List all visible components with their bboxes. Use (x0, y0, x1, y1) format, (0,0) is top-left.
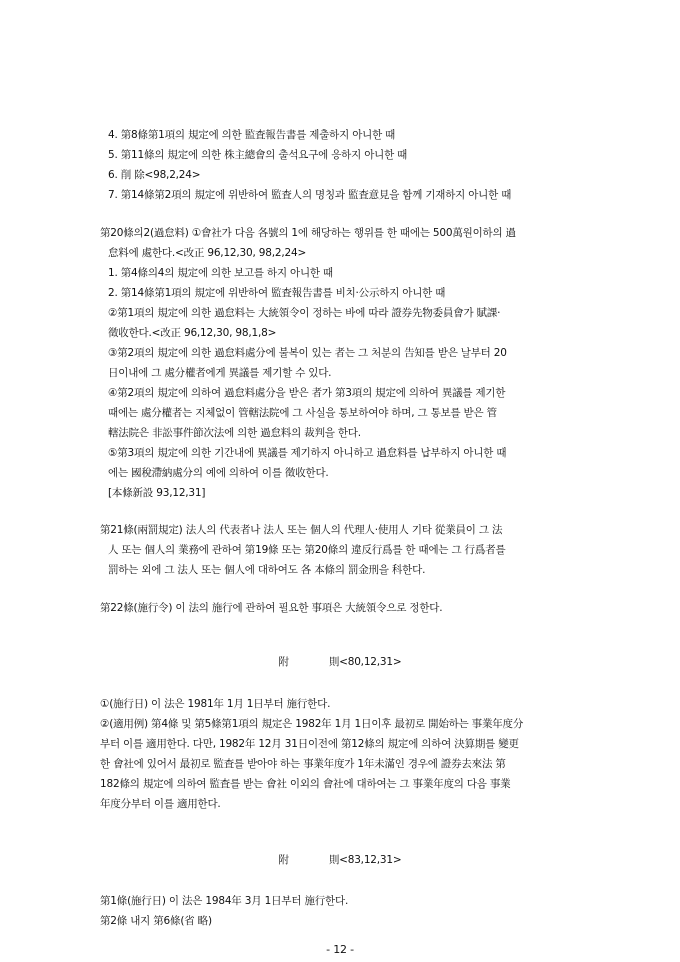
article-21-heading: 第21條(兩罰規定) 法人의 代表者나 法人 또는 個人의 代理人·使用人 기타… (100, 523, 502, 537)
addenda-1-para-2: ②(適用例) 第4條 및 第5條第1項의 規定은 1982年 1月 1日이후 最… (100, 717, 523, 731)
article-20-2-para-2: ②第1項의 規定에 의한 過怠料는 大統領令이 정하는 바에 따라 證券先物委員… (108, 306, 500, 320)
article-20-2-para-4-cont: 때에는 處分權者는 지체없이 管轄法院에 그 사실을 통보하여야 하며, 그 통… (108, 406, 497, 420)
article-21-line: 人 또는 個人의 業務에 관하여 第19條 또는 第20條의 違反行爲를 한 때… (108, 543, 505, 557)
item-5: 5. 第11條의 規定에 의한 株主總會의 출석요구에 응하지 아니한 때 (108, 148, 407, 162)
addenda-2-article-2-6: 第2條 내지 第6條(省 略) (100, 914, 212, 928)
article-20-2-para-2-cont: 徵收한다.<改正 96,12,30, 98,1,8> (108, 326, 276, 340)
addenda-title-b: 則<83,12,31> (329, 854, 402, 866)
article-20-2-item-1: 1. 第4條의4의 規定에 의한 보고를 하지 아니한 때 (108, 266, 333, 280)
addenda-1-title: 附則<80,12,31> (0, 655, 680, 669)
article-20-2-para-5-cont: 에는 國稅滯納處分의 예에 의하여 이를 徵收한다. (108, 466, 329, 480)
addenda-1-para-2-cont: 182條의 規定에 의하여 監査를 받는 會社 이외의 會社에 대하여는 그 事… (100, 777, 510, 791)
article-20-2-para-4-cont: 轄法院은 非訟事件節次法에 의한 過怠料의 裁判을 한다. (108, 426, 361, 440)
article-20-2-heading: 第20條의2(過怠料) ①會社가 다음 各號의 1에 해당하는 행위를 한 때에… (100, 226, 516, 240)
article-20-2-para-3-cont: 日이내에 그 處分權者에게 異議를 제기할 수 있다. (108, 366, 331, 380)
addenda-title-a: 附 (279, 656, 289, 668)
article-20-2-para-5: ⑤第3項의 規定에 의한 기간내에 異議를 제기하지 아니하고 過怠料를 납부하… (108, 446, 506, 460)
article-20-2-item-2: 2. 第14條第1項의 規定에 위반하여 監査報告書를 비치·公示하지 아니한 … (108, 286, 445, 300)
article-21-line: 罰하는 외에 그 法人 또는 個人에 대하여도 各 本條의 罰金刑을 科한다. (108, 563, 425, 577)
addenda-1-para-2-cont: 年度分부터 이를 適用한다. (100, 797, 221, 811)
article-22: 第22條(施行令) 이 法의 施行에 관하여 필요한 事項은 大統領令으로 정한… (100, 601, 442, 615)
article-20-2-para-4: ④第2項의 規定에 의하여 過怠料處分을 받은 者가 第3項의 規定에 의하여 … (108, 386, 505, 400)
addenda-2-article-1: 第1條(施行日) 이 法은 1984年 3月 1日부터 施行한다. (100, 894, 348, 908)
article-20-2-note: [本條新設 93,12,31] (108, 486, 205, 500)
item-4: 4. 第8條第1項의 規定에 의한 監査報告書를 제출하지 아니한 때 (108, 128, 395, 142)
addenda-1-para-1: ①(施行日) 이 法은 1981年 1月 1日부터 施行한다. (100, 697, 330, 711)
addenda-title-b: 則<80,12,31> (329, 656, 402, 668)
item-7: 7. 第14條第2項의 規定에 위반하여 監査人의 명칭과 監査意見을 함께 기… (108, 188, 511, 202)
article-20-2-para-3: ③第2項의 規定에 의한 過怠料處分에 불복이 있는 者는 그 처분의 告知를 … (108, 346, 507, 360)
page-number: - 12 - (0, 943, 680, 957)
addenda-1-para-2-cont: 부터 이를 適用한다. 다만, 1982年 12月 31日이전에 第12條의 規… (100, 737, 519, 751)
addenda-2-title: 附則<83,12,31> (0, 853, 680, 867)
item-6: 6. 削 除<98,2,24> (108, 168, 200, 182)
article-20-2-line: 怠料에 處한다.<改正 96,12,30, 98,2,24> (108, 246, 306, 260)
addenda-1-para-2-cont: 한 會社에 있어서 最初로 監査를 받아야 하는 事業年度가 1年未滿인 경우에… (100, 757, 506, 771)
addenda-title-a: 附 (279, 854, 289, 866)
